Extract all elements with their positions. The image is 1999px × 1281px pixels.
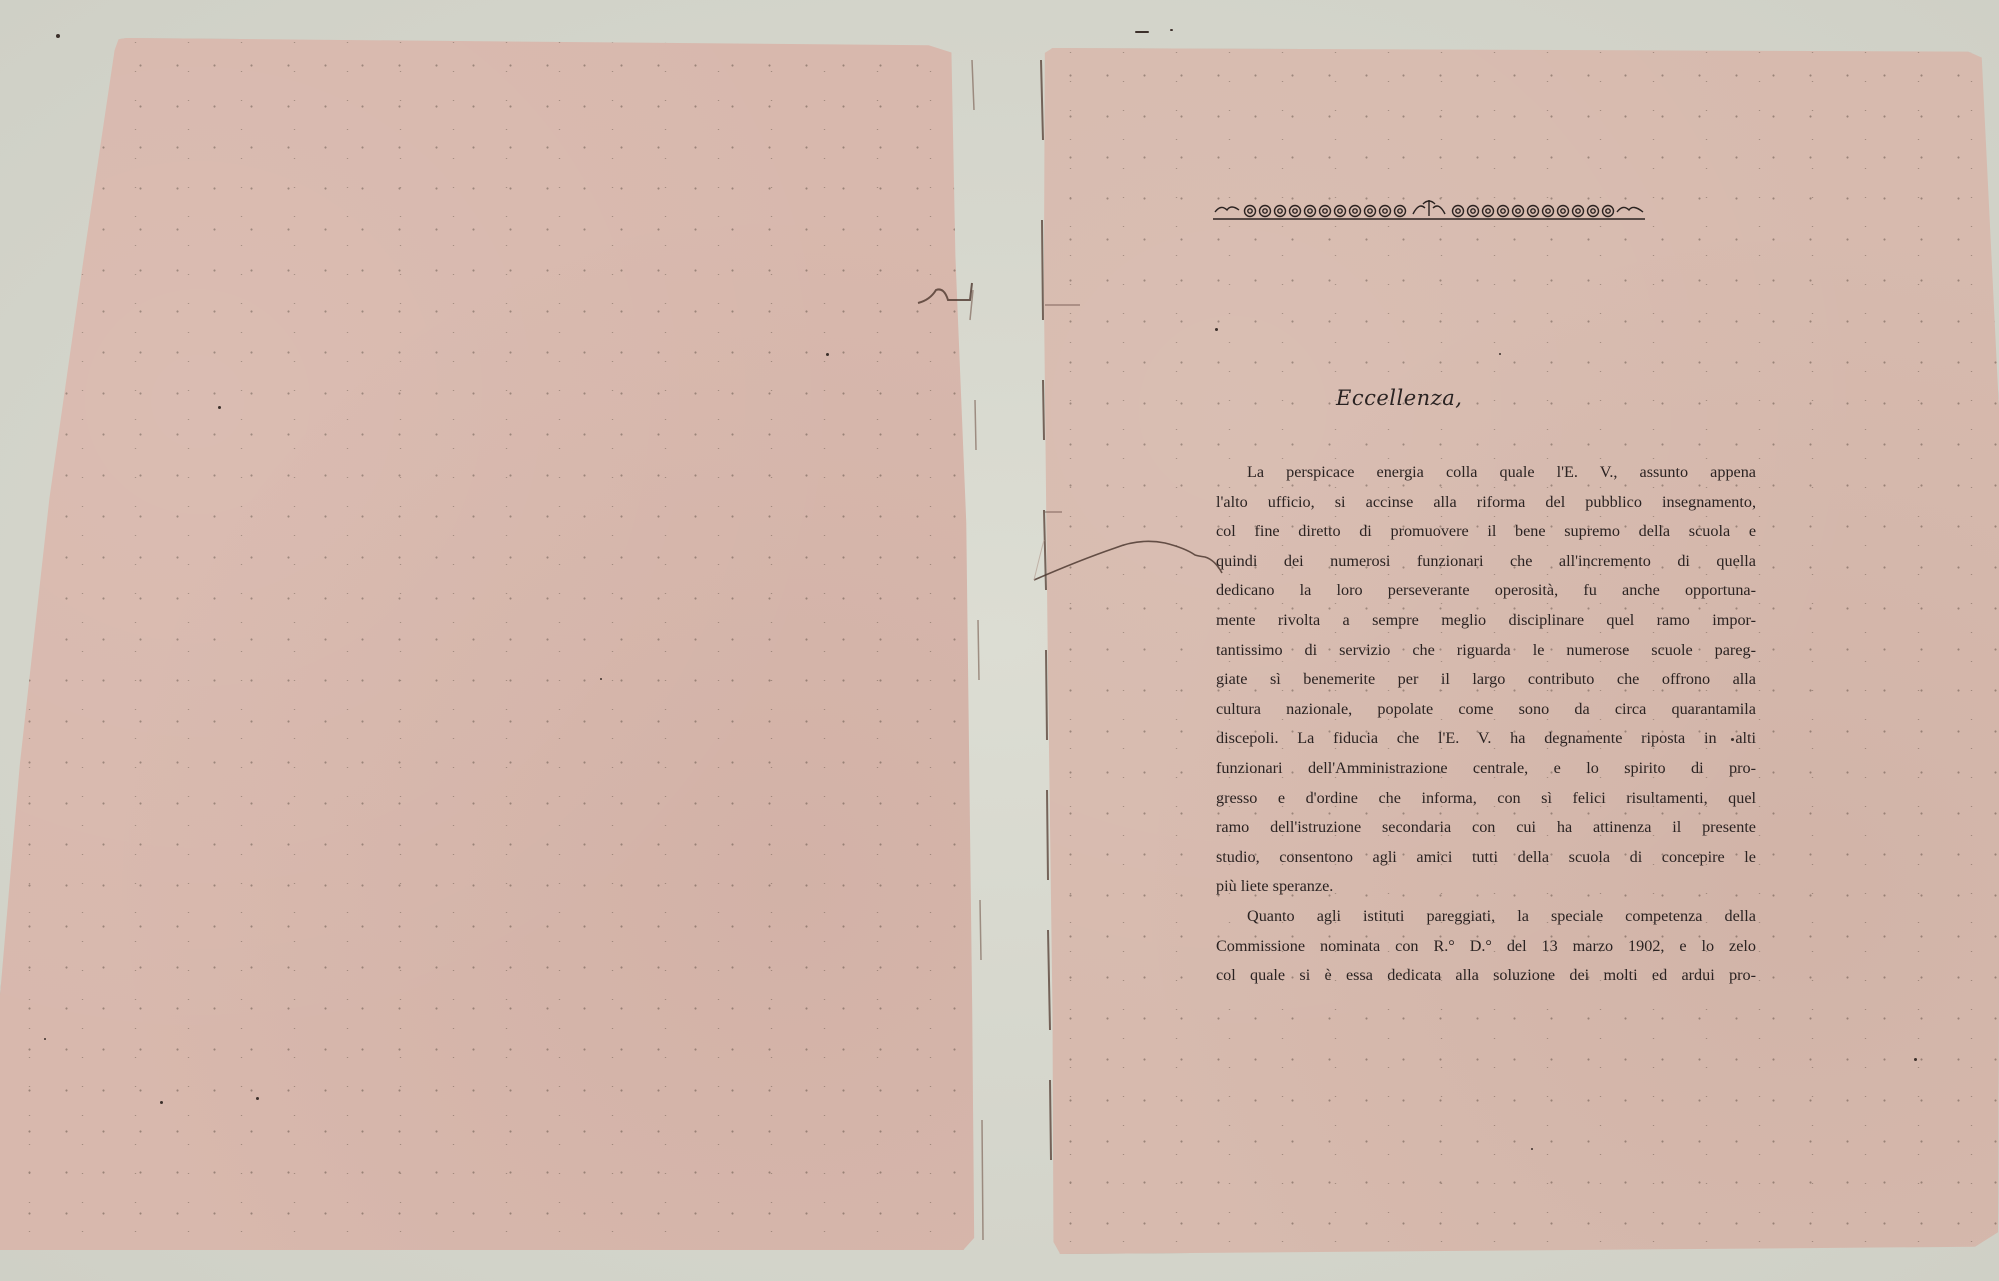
- text-line: più liete speranze.: [1216, 872, 1756, 902]
- text-line: giate sì benemerite per il largo contrib…: [1216, 665, 1756, 695]
- text-line: funzionari dell'Amministrazione centrale…: [1216, 754, 1756, 784]
- paper-speck: [1499, 353, 1501, 355]
- text-line: discepoli. La fiducia che l'E. V. ha deg…: [1216, 724, 1756, 754]
- paper-speck: [44, 1038, 46, 1040]
- paper-speck: [1215, 328, 1218, 331]
- paper-speck: [826, 353, 829, 356]
- right-page-printed: Eccellenza, La perspicace energia colla …: [1041, 48, 1999, 1254]
- text-line: ramo dell'istruzione secondaria con cui …: [1216, 813, 1756, 843]
- left-page-blank: [0, 38, 988, 1250]
- text-line: La perspicace energia colla quale l'E. V…: [1216, 458, 1756, 488]
- paper-speck: [1731, 738, 1734, 741]
- paper-speck: [256, 1097, 259, 1100]
- text-line: quindi dei numerosi funzionari che all'i…: [1216, 547, 1756, 577]
- text-line: gresso e d'ordine che informa, con sì fe…: [1216, 784, 1756, 814]
- text-line: tantissimo di servizio che riguarda le n…: [1216, 636, 1756, 666]
- text-line: dedicano la loro perseverante operosità,…: [1216, 576, 1756, 606]
- background-speck: [1170, 29, 1173, 31]
- paper-speck: [600, 678, 602, 680]
- text-line: Commissione nominata con R.° D.° del 13 …: [1216, 932, 1756, 962]
- background-speck: [56, 34, 60, 38]
- salutation-heading: Eccellenza,: [1336, 386, 1462, 410]
- paper-speck: [1531, 1148, 1533, 1150]
- text-line: col quale si è essa dedicata alla soluzi…: [1216, 961, 1756, 991]
- ornament-border-icon: [1213, 198, 1645, 222]
- text-line: cultura nazionale, popolate come sono da…: [1216, 695, 1756, 725]
- background-speck: [1135, 31, 1149, 33]
- paper-speck: [218, 406, 221, 409]
- paper-speck: [160, 1101, 163, 1104]
- text-line: col fine diretto di promuovere il bene s…: [1216, 517, 1756, 547]
- letter-body: La perspicace energia colla quale l'E. V…: [1216, 458, 1756, 991]
- paper-speck: [1914, 1058, 1917, 1061]
- text-line: mente rivolta a sempre meglio disciplina…: [1216, 606, 1756, 636]
- text-line: l'alto ufficio, si accinse alla riforma …: [1216, 488, 1756, 518]
- text-line: Quanto agli istituti pareggiati, la spec…: [1216, 902, 1756, 932]
- text-line: studio, consentono agli amici tutti dell…: [1216, 843, 1756, 873]
